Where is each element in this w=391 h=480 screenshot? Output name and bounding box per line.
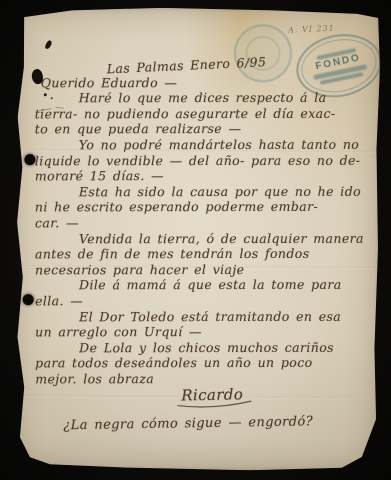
letter-body: Las Palmas Enero 6/95 Querido Eduardo — …	[35, 57, 372, 432]
letter-line: Esta ha sido la causa por que no he ido	[35, 183, 371, 199]
letter-line: ella. —	[35, 293, 371, 309]
ink-blot	[44, 40, 52, 50]
letter-line: para todos deseándoles un año un poco	[35, 355, 371, 371]
letter-line: to en que pueda realizarse —	[35, 121, 371, 137]
signature-row: Ricardo	[35, 385, 371, 407]
letter-line: liquide lo vendible — del año- para eso …	[35, 152, 371, 168]
punch-hole	[23, 294, 34, 305]
letter-line: car. —	[35, 215, 371, 231]
letter-line: un arreglo con Urquí —	[35, 324, 371, 340]
letter-line: mejor. los abraza	[35, 371, 371, 387]
letter-line: Vendida la tierra, ó de cualquier manera	[35, 230, 371, 246]
signature-wrap: Ricardo	[181, 388, 243, 405]
letter-photograph: A. VI 231 FONDO Las Palmas Enero 6/95 Qu…	[0, 0, 391, 480]
postscript: ¿La negra cómo sigue — engordó?	[35, 413, 371, 434]
letter-line: ni he escrito esperando poderme embar-	[35, 199, 371, 215]
letter-line: Dile á mamá á que esta la tome para	[35, 277, 371, 293]
letter-line: Haré lo que me dices respecto á la	[35, 90, 371, 106]
letter-line: De Lola y los chicos muchos cariños	[35, 339, 371, 355]
letter-paper: A. VI 231 FONDO Las Palmas Enero 6/95 Qu…	[10, 7, 380, 471]
letter-line: antes de fin de mes tendrán los fondos	[35, 246, 371, 262]
punch-hole	[24, 154, 35, 165]
letter-line: tierra- no pudiendo asegurarte el día ex…	[35, 106, 371, 122]
signature-flourish	[175, 399, 253, 409]
letter-line: El Dor Toledo está tramitando en esa	[35, 308, 371, 324]
catalog-annotation: A. VI 231	[288, 24, 335, 35]
letter-line: Yo no podré mandártelos hasta tanto no	[35, 137, 371, 153]
letter-line: moraré 15 días. —	[35, 168, 371, 184]
letter-line: necesarios para hacer el viaje	[35, 261, 371, 277]
